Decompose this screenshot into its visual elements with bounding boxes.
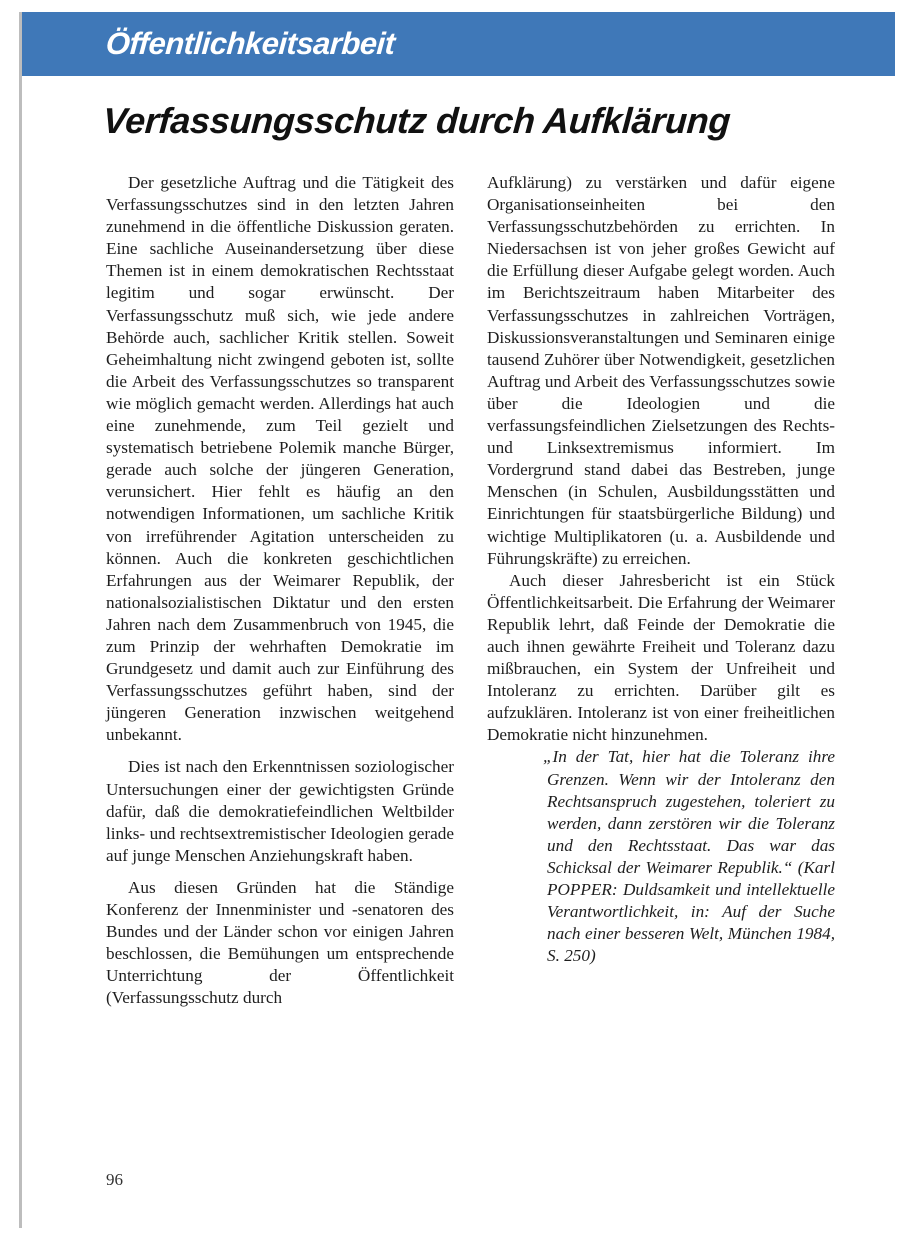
paragraph-continued: Aufklärung) zu verstärken und dafür eige… <box>487 172 835 570</box>
paragraph: Dies ist nach den Erkenntnissen soziolog… <box>106 756 454 866</box>
section-banner: Öffentlichkeitsarbeit <box>22 12 895 76</box>
paragraph: Aus diesen Gründen hat die Ständige Konf… <box>106 877 454 1010</box>
section-title: Öffentlichkeitsarbeit <box>104 22 396 66</box>
popper-quote: „In der Tat, hier hat die Toleranz ihre … <box>547 746 835 967</box>
page-number: 96 <box>106 1170 123 1190</box>
paragraph: Auch dieser Jahresbericht ist ein Stück … <box>487 570 835 747</box>
left-column: Der gesetzliche Auftrag und die Tätigkei… <box>106 172 454 1009</box>
paragraph: Der gesetzliche Auftrag und die Tätigkei… <box>106 172 454 746</box>
page-edge-line <box>19 12 22 1228</box>
page-headline: Verfassungsschutz durch Aufklärung <box>101 96 732 146</box>
right-column: Aufklärung) zu verstärken und dafür eige… <box>487 172 835 967</box>
